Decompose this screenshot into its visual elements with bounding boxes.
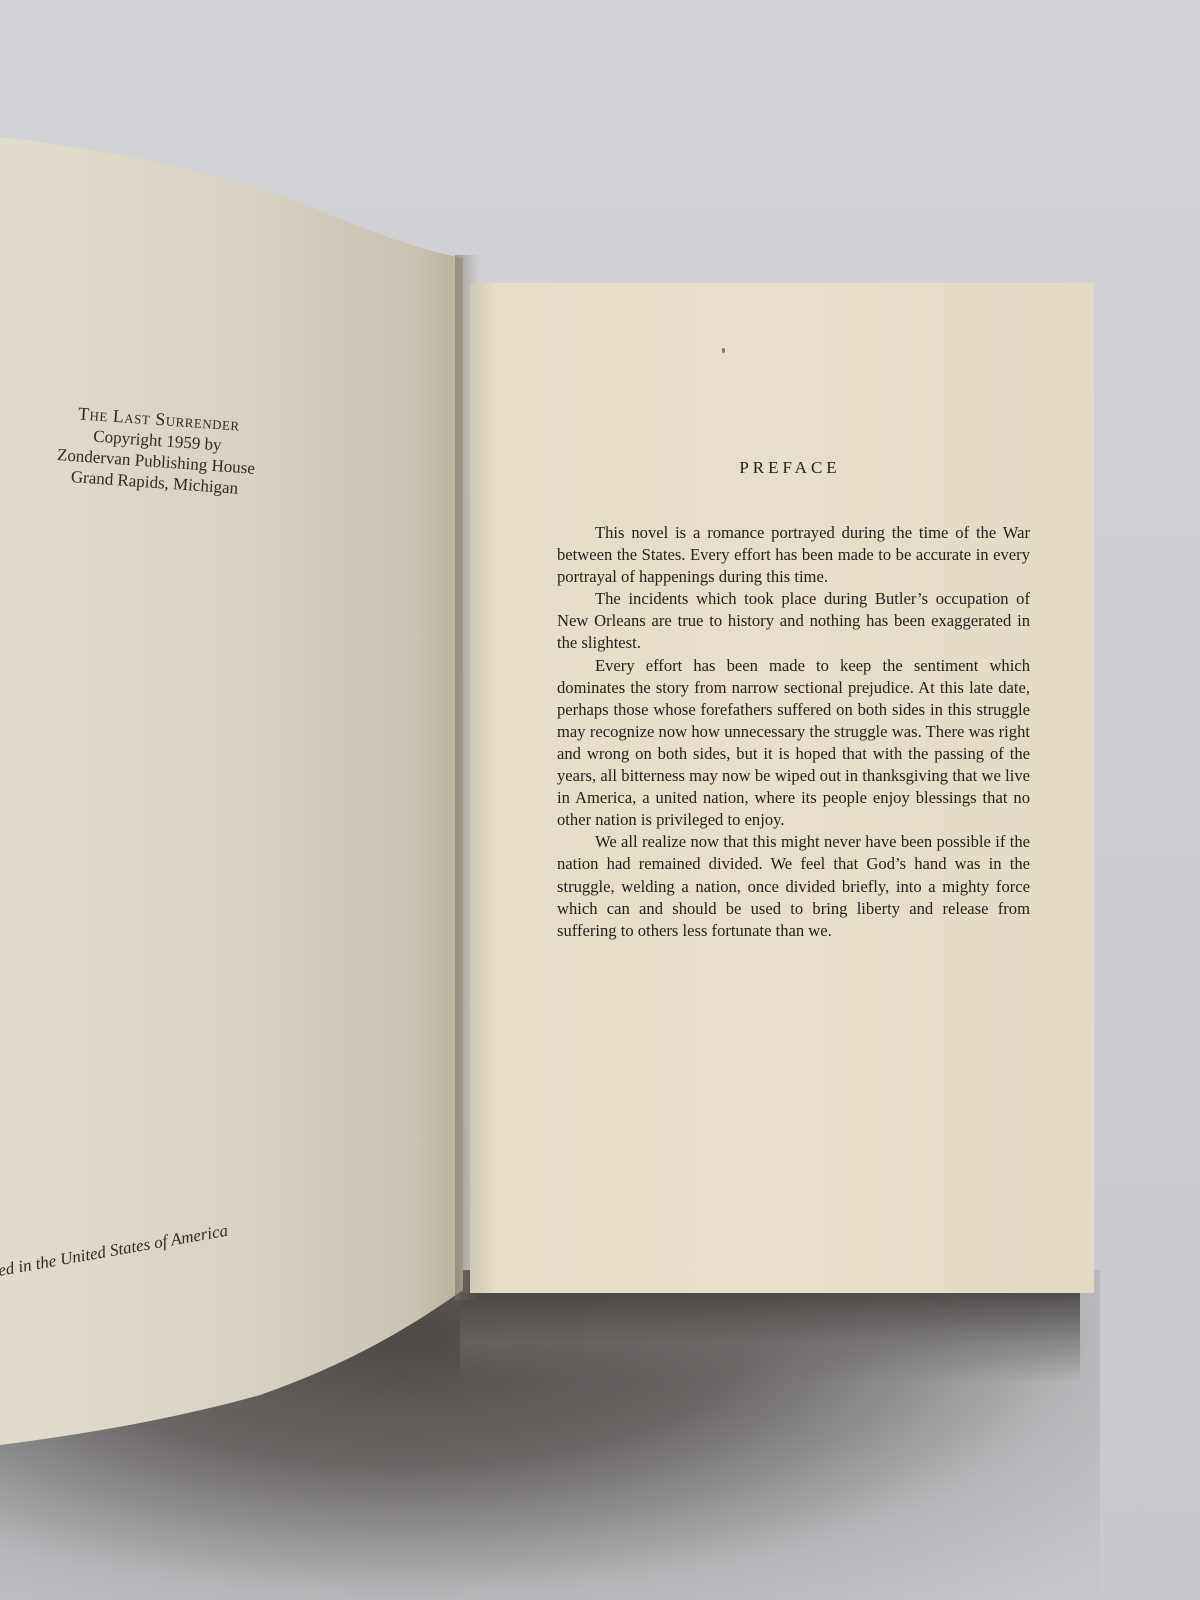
preface-paragraph: We all realize now that this might never… [557,831,1030,941]
preface-paragraph: This novel is a romance portrayed during… [557,522,1030,588]
preface-heading: PREFACE [540,458,1040,478]
preface-paragraph: The incidents which took place during Bu… [557,588,1030,654]
right-page-shadow [460,1293,1080,1383]
copyright-block: The Last Surrender Copyright 1959 by Zon… [24,400,289,502]
paper-speck [722,348,725,353]
left-page-shape [0,0,470,1600]
photo-scene: The Last Surrender Copyright 1959 by Zon… [0,0,1200,1600]
preface-paragraph: Every effort has been made to keep the s… [557,655,1030,832]
preface-body: This novel is a romance portrayed during… [557,522,1030,942]
left-page: The Last Surrender Copyright 1959 by Zon… [0,0,470,1600]
